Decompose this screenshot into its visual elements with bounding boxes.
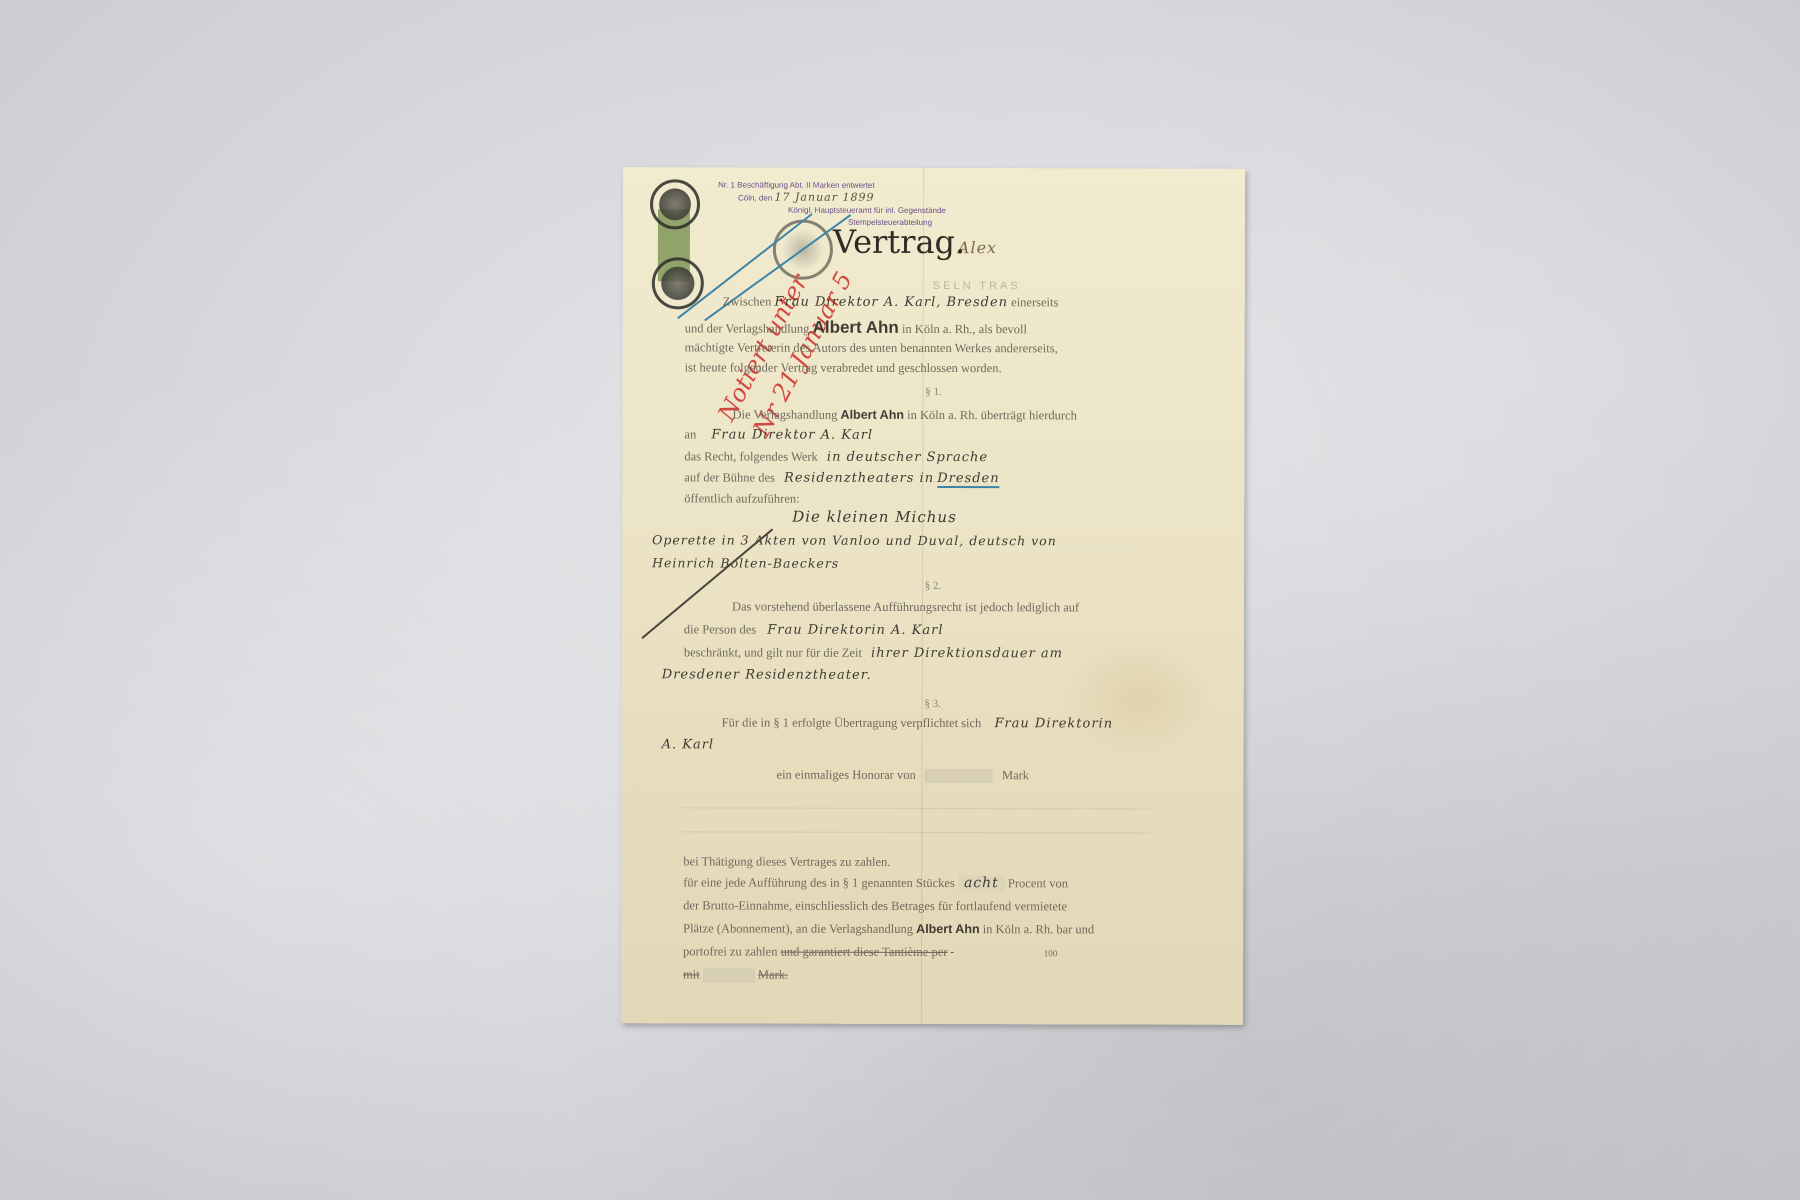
tax-office-stamp: Nr. 1 Beschäftigung Abt. II Marken entwe… xyxy=(718,179,1008,229)
duration-handwritten-cont: Dresdener Residenztheater. xyxy=(662,667,872,683)
section1-line4: auf der Bühne des Residenztheaters in Dr… xyxy=(684,470,999,486)
blank-rule xyxy=(681,831,1151,833)
duration-handwritten: ihrer Direktionsdauer am xyxy=(871,646,1063,662)
section3-line9: mit Mark. xyxy=(683,967,788,982)
tax-stamp-place: Cöln, den xyxy=(738,193,772,202)
section1-line1: Die Verlagshandlung Albert Ahn in Köln a… xyxy=(732,407,1076,423)
section2-line2: die Person des Frau Direktorin A. Karl xyxy=(684,622,944,638)
obligor-handwritten: Frau Direktorin xyxy=(994,716,1113,731)
theatre-handwritten: Residenztheaters in xyxy=(784,471,934,486)
section3-honorarium: ein einmaliges Honorar von Mark xyxy=(777,768,1030,784)
section2-heading: § 2. xyxy=(622,579,1244,593)
contract-document: Nr. 1 Beschäftigung Abt. II Marken entwe… xyxy=(621,167,1245,1025)
faint-stamp-text: SELN TRAS xyxy=(933,280,1021,292)
party-name-handwritten: Frau Direktor A. Karl, Bresden xyxy=(774,295,1008,311)
obligor-handwritten-cont: A. Karl xyxy=(662,737,715,752)
percentage-handwritten: acht xyxy=(958,875,1005,891)
section1-line2: an Frau Direktor A. Karl xyxy=(684,427,873,442)
section3-heading: § 3. xyxy=(622,697,1244,711)
cancellation-seal-icon xyxy=(650,179,700,229)
section2-line3: beschränkt, und gilt nur für die Zeit ih… xyxy=(684,645,1063,661)
person-handwritten: Frau Direktorin A. Karl xyxy=(767,623,943,638)
intro-line2: und der Verlagshandlung Albert Ahn in Kö… xyxy=(685,317,1027,338)
section3-line5: für eine jede Aufführung des in § 1 gena… xyxy=(683,874,1068,891)
tax-stamp-date: 17 Januar 1899 xyxy=(775,191,875,204)
section1-line5: öffentlich aufzuführen: xyxy=(684,491,799,506)
struck-clause: und garantiert diese Tantième per xyxy=(781,945,948,959)
section1-line3: das Recht, folgendes Werk in deutscher S… xyxy=(684,449,988,465)
publisher-name: Albert Ahn xyxy=(916,922,979,936)
struck-amount-field xyxy=(703,969,755,983)
intro-line4: ist heute folgender Vertrag verabredet u… xyxy=(685,360,1002,376)
revenue-stamp-group xyxy=(650,179,698,309)
section3-line8: portofrei zu zahlen und garantiert diese… xyxy=(683,944,1057,960)
section3-line6: der Brutto-Einnahme, einschliesslich des… xyxy=(683,898,1067,914)
section3-line1: Für die in § 1 erfolgte Übertragung verp… xyxy=(722,715,1113,731)
document-title: Vertrag. xyxy=(833,223,965,261)
language-handwritten: in deutscher Sprache xyxy=(827,450,988,465)
section1-heading: § 1. xyxy=(623,385,1245,399)
intro-line3: mächtigte Vertreterin des Autors des unt… xyxy=(685,340,1058,356)
section3-line7: Plätze (Abonnement), an die Verlagshandl… xyxy=(683,921,1094,937)
section2-line1: Das vorstehend überlassene Aufführungsre… xyxy=(732,599,1079,615)
section3-line4: bei Thätigung dieses Vertrages zu zahlen… xyxy=(683,854,890,870)
publisher-name: Albert Ahn xyxy=(841,408,904,422)
intro-line1: Zwischen Frau Direktor A. Karl, Bresden … xyxy=(723,294,1059,310)
work-translator-handwritten: Heinrich Bolten-Baeckers xyxy=(652,555,839,570)
tax-stamp-line3: Königl. Hauptsteueramt für inl. Gegenstä… xyxy=(718,204,1008,217)
honorarium-blank-field xyxy=(925,769,993,783)
blank-rule xyxy=(681,807,1151,809)
work-description-handwritten: Operette in 3 Akten von Vanloo und Duval… xyxy=(652,532,1057,548)
per-hundred-label: 100 xyxy=(1044,948,1058,958)
work-title-handwritten: Die kleinen Michus xyxy=(792,508,957,526)
struck-blank xyxy=(951,945,1041,960)
city-handwritten: Dresden xyxy=(937,471,999,488)
licensee-handwritten: Frau Direktor A. Karl xyxy=(711,427,873,442)
publisher-name: Albert Ahn xyxy=(813,318,899,337)
